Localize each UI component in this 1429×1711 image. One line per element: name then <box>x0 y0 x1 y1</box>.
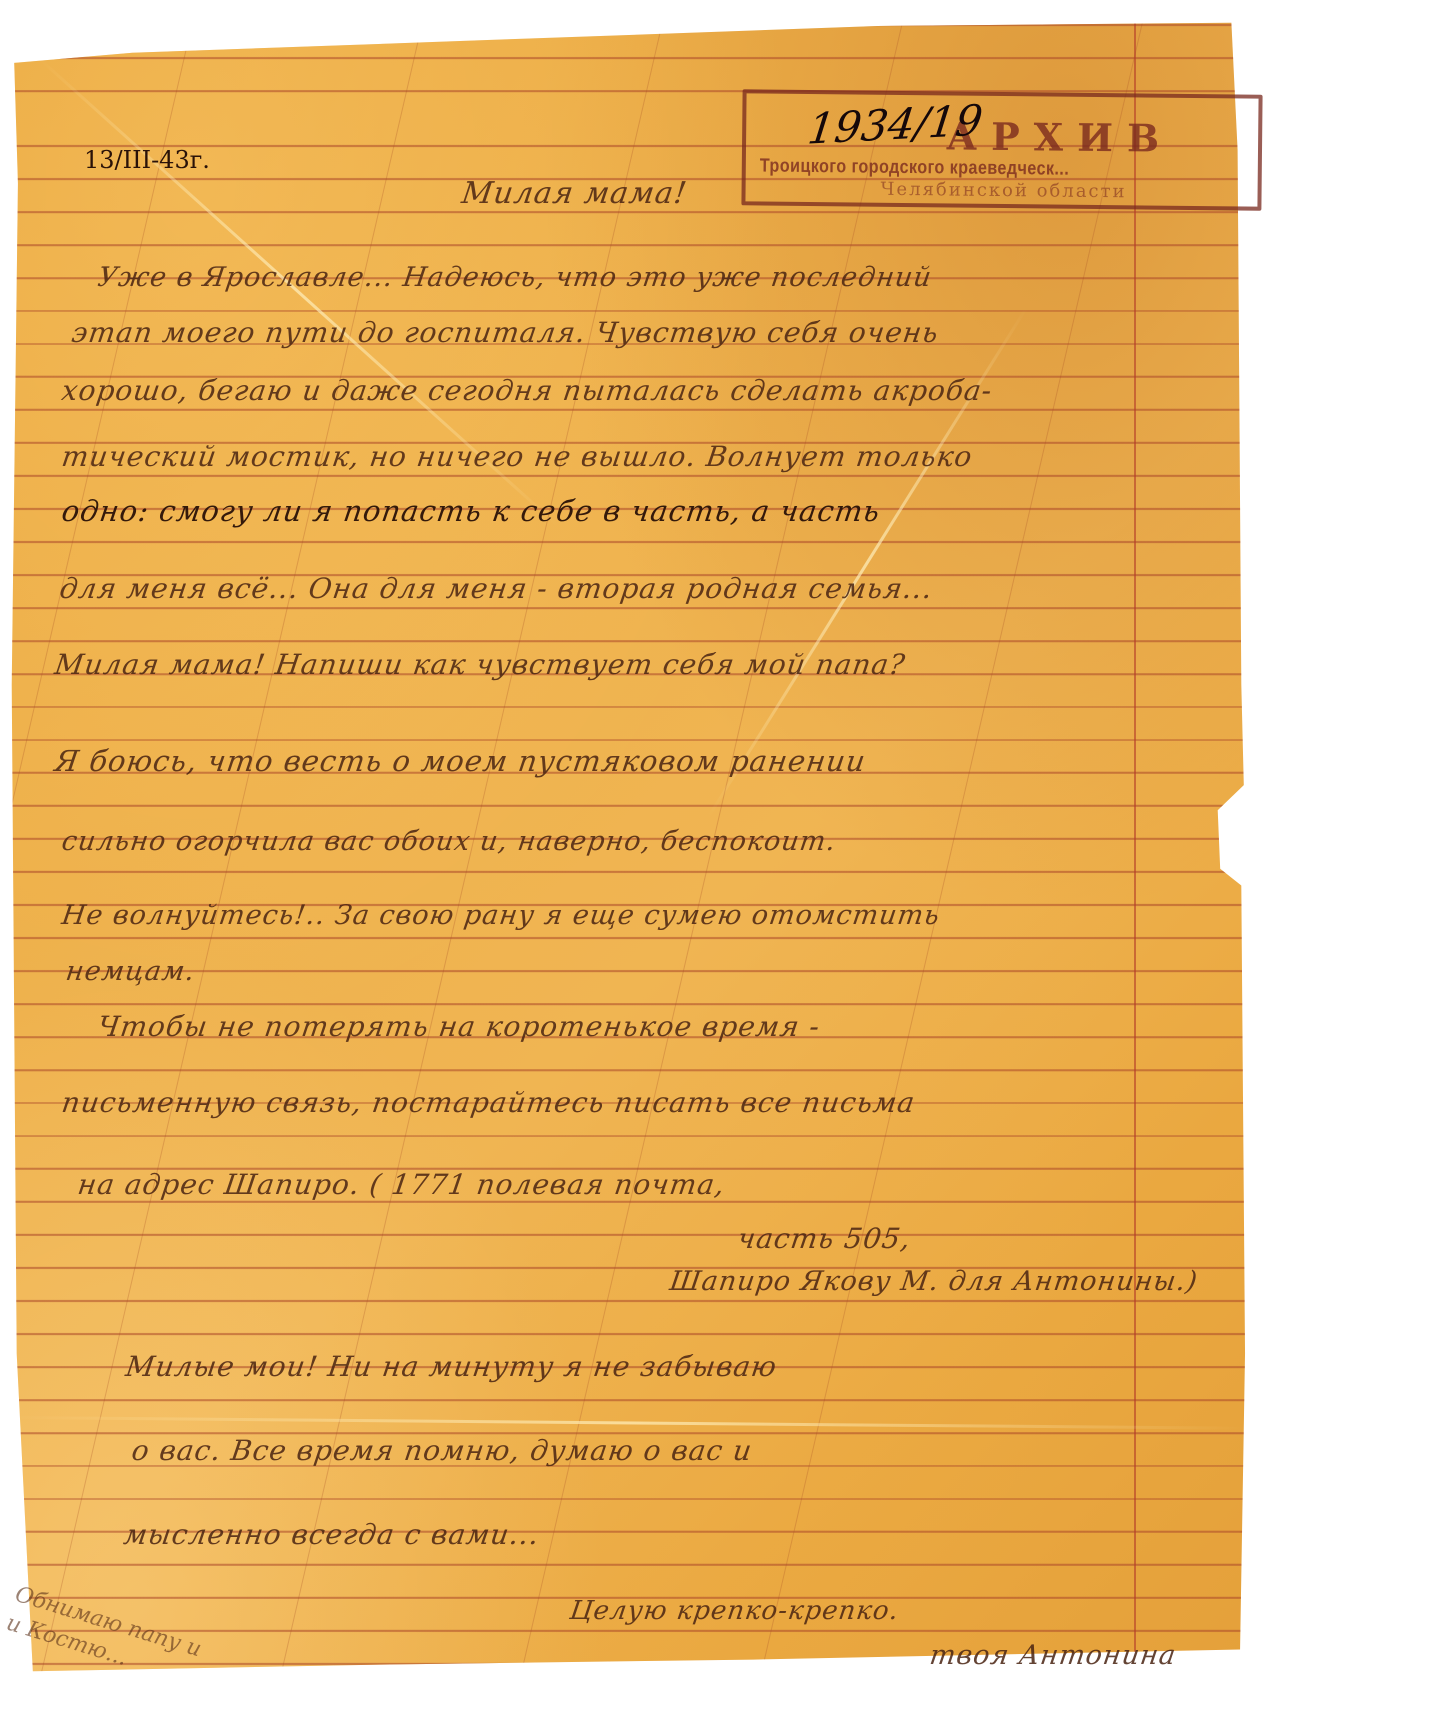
address-line: Шапиро Якову М. для Антонины.) <box>668 1266 1200 1297</box>
stamp-region: Челябинской области <box>880 179 1126 203</box>
body-line: Я боюсь, что весть о моем пустяковом ран… <box>53 744 869 778</box>
body-line: письменную связь, постарайтесь писать вс… <box>60 1086 918 1119</box>
body-line: Милая мама! Напиши как чувствует себя мо… <box>53 648 908 681</box>
greeting: Милая мама! <box>460 176 690 211</box>
body-line: Чтобы не потерять на коротенькое время - <box>96 1010 823 1043</box>
signature: твоя Антонина <box>928 1640 1179 1671</box>
body-line: о вас. Все время помню, думаю о вас и <box>130 1434 755 1467</box>
body-line: мысленно всегда с вами... <box>122 1518 542 1551</box>
body-line: одно: смогу ли я попасть к себе в часть,… <box>60 494 883 528</box>
letter-date: 13/III-43г. <box>84 146 210 174</box>
body-line: этап моего пути до госпиталя. Чувствую с… <box>70 316 941 349</box>
address-line: часть 505, <box>736 1222 913 1255</box>
body-line: немцам. <box>64 956 197 987</box>
stamp-institution: Троицкого городского краеведческ... <box>760 155 1070 180</box>
farewell: Целую крепко-крепко. <box>568 1596 901 1626</box>
body-line: хорошо, бегаю и даже сегодня пыталась сд… <box>60 374 995 407</box>
body-line: Милые мои! Ни на минуту я не забываю <box>124 1350 780 1383</box>
body-line: Не волнуйтесь!.. За свою рану я еще суме… <box>60 900 942 931</box>
body-line: для меня всё... Она для меня - вторая ро… <box>58 572 935 605</box>
body-line: сильно огорчила вас обоих и, наверно, бе… <box>60 826 838 857</box>
body-line: тический мостик, но ничего не вышло. Вол… <box>60 440 975 473</box>
body-line: на адрес Шапиро. ( 1771 полевая почта, <box>76 1168 728 1201</box>
archive-number: 1934/19 <box>805 95 985 154</box>
margin-line <box>1134 16 1136 1688</box>
body-line: Уже в Ярославле... Надеюсь, что это уже … <box>96 262 934 293</box>
